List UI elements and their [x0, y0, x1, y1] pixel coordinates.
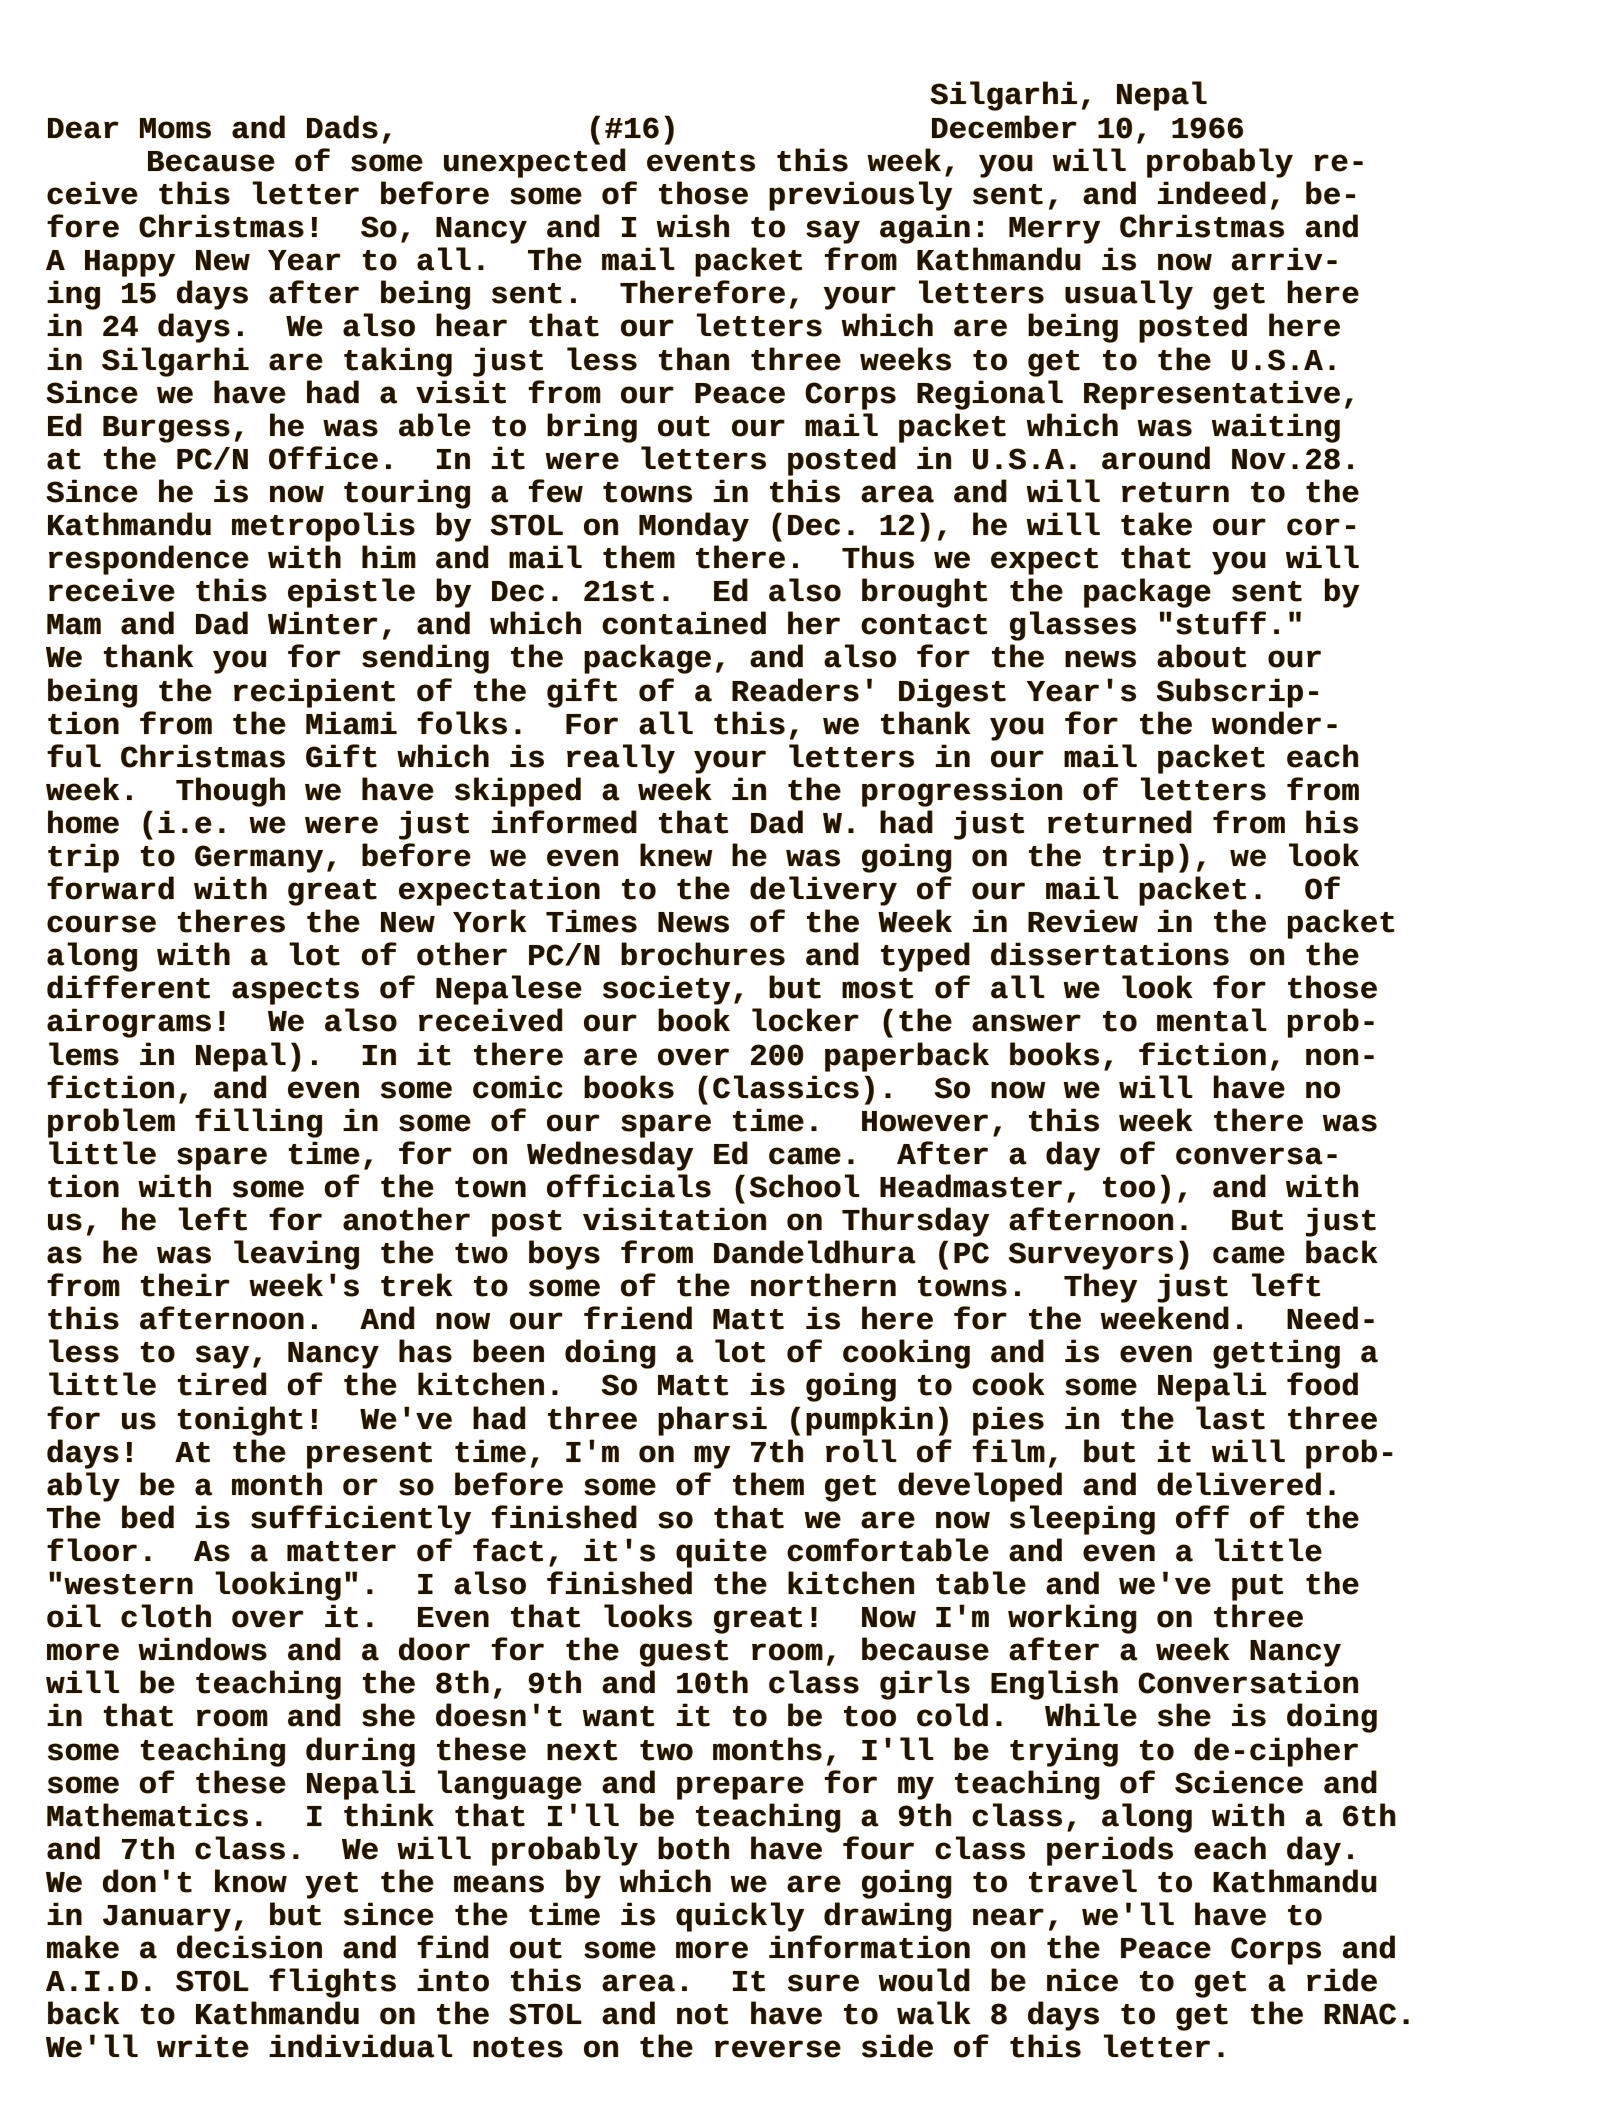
letter-line: and 7th class. We will probably both hav…: [46, 1836, 1415, 1869]
letter-place: Silgarhi, Nepal: [930, 80, 1208, 114]
letter-line: tion with some of the town officials (Sc…: [46, 1174, 1415, 1207]
letter-line: course theres the New York Times News of…: [46, 909, 1415, 942]
letter-line: We thank you for sending the package, an…: [46, 644, 1415, 677]
letter-line: at the PC/N Office. In it were letters p…: [46, 446, 1415, 479]
letter-number: (#16): [586, 114, 679, 148]
letter-line: Mathematics. I think that I'll be teachi…: [46, 1803, 1415, 1836]
letter-line: lems in Nepal). In it there are over 200…: [46, 1042, 1415, 1075]
letter-line: make a decision and find out some more i…: [46, 1935, 1415, 1968]
letter-line: The bed is sufficiently finished so that…: [46, 1505, 1415, 1538]
letter-line: less to say, Nancy has been doing a lot …: [46, 1339, 1415, 1372]
letter-line: more windows and a door for the guest ro…: [46, 1637, 1415, 1670]
letter-line: fore Christmas! So, Nancy and I wish to …: [46, 214, 1415, 247]
letter-line: fiction, and even some comic books (Clas…: [46, 1075, 1415, 1108]
letter-line: ably be a month or so before some of the…: [46, 1472, 1415, 1505]
salutation: Dear Moms and Dads,: [46, 114, 398, 148]
letter-line: in Silgarhi are taking just less than th…: [46, 347, 1415, 380]
letter-line: Ed Burgess, he was able to bring out our…: [46, 413, 1415, 446]
letter-line: ing 15 days after being sent. Therefore,…: [46, 280, 1415, 313]
letter-line: trip to Germany, before we even knew he …: [46, 843, 1415, 876]
letter-line: this afternoon. And now our friend Matt …: [46, 1306, 1415, 1339]
letter-line: different aspects of Nepalese society, b…: [46, 975, 1415, 1008]
letter-line: ful Christmas Gift which is really your …: [46, 744, 1415, 777]
letter-line: home (i.e. we were just informed that Da…: [46, 810, 1415, 843]
letter-line: from their week's trek to some of the no…: [46, 1273, 1415, 1306]
letter-line: A Happy New Year to all. The mail packet…: [46, 247, 1415, 280]
letter-body: Because of some unexpected events this w…: [46, 148, 1415, 2067]
letter-date: December 10, 1966: [930, 114, 1245, 148]
letter-line: Since he is now touring a few towns in t…: [46, 479, 1415, 512]
letter-line: oil cloth over it. Even that looks great…: [46, 1604, 1415, 1637]
letter-line: will be teaching the 8th, 9th and 10th c…: [46, 1670, 1415, 1703]
letter-line: A.I.D. STOL flights into this area. It s…: [46, 1968, 1415, 2001]
letter-line: some of these Nepali language and prepar…: [46, 1770, 1415, 1803]
letter-line: "western looking". I also finished the k…: [46, 1571, 1415, 1604]
letter-line: week. Though we have skipped a week in t…: [46, 777, 1415, 810]
letter-line: in that room and she doesn't want it to …: [46, 1703, 1415, 1736]
letter-line: forward with great expectation to the de…: [46, 876, 1415, 909]
letter-line: receive this epistle by Dec. 21st. Ed al…: [46, 578, 1415, 611]
letter-line: days! At the present time, I'm on my 7th…: [46, 1439, 1415, 1472]
letter-line: back to Kathmandu on the STOL and not ha…: [46, 2001, 1415, 2034]
letter-line: Because of some unexpected events this w…: [46, 148, 1415, 181]
letter-line: for us tonight! We've had three pharsi (…: [46, 1406, 1415, 1439]
letter-line: airograms! We also received our book loc…: [46, 1008, 1415, 1041]
letter-line: We'll write individual notes on the reve…: [46, 2034, 1415, 2067]
letter-line: being the recipient of the gift of a Rea…: [46, 678, 1415, 711]
letter-line: as he was leaving the two boys from Dand…: [46, 1240, 1415, 1273]
letter-line: floor. As a matter of fact, it's quite c…: [46, 1538, 1415, 1571]
letter-line: Since we have had a visit from our Peace…: [46, 380, 1415, 413]
letter-line: Mam and Dad Winter, and which contained …: [46, 611, 1415, 644]
letter-page: Silgarhi, Nepal Dear Moms and Dads, (#16…: [0, 0, 1604, 2111]
letter-line: ceive this letter before some of those p…: [46, 181, 1415, 214]
letter-line: problem filling in some of our spare tim…: [46, 1108, 1415, 1141]
letter-line: us, he left for another post visitation …: [46, 1207, 1415, 1240]
letter-line: along with a lot of other PC/N brochures…: [46, 942, 1415, 975]
letter-line: little spare time, for on Wednesday Ed c…: [46, 1141, 1415, 1174]
letter-line: We don't know yet the means by which we …: [46, 1869, 1415, 1902]
letter-line: in 24 days. We also hear that our letter…: [46, 313, 1415, 346]
letter-line: little tired of the kitchen. So Matt is …: [46, 1372, 1415, 1405]
letter-line: in January, but since the time is quickl…: [46, 1902, 1415, 1935]
letter-line: tion from the Miami folks. For all this,…: [46, 711, 1415, 744]
letter-line: Kathmandu metropolis by STOL on Monday (…: [46, 512, 1415, 545]
letter-line: respondence with him and mail them there…: [46, 545, 1415, 578]
letter-line: some teaching during these next two mont…: [46, 1737, 1415, 1770]
